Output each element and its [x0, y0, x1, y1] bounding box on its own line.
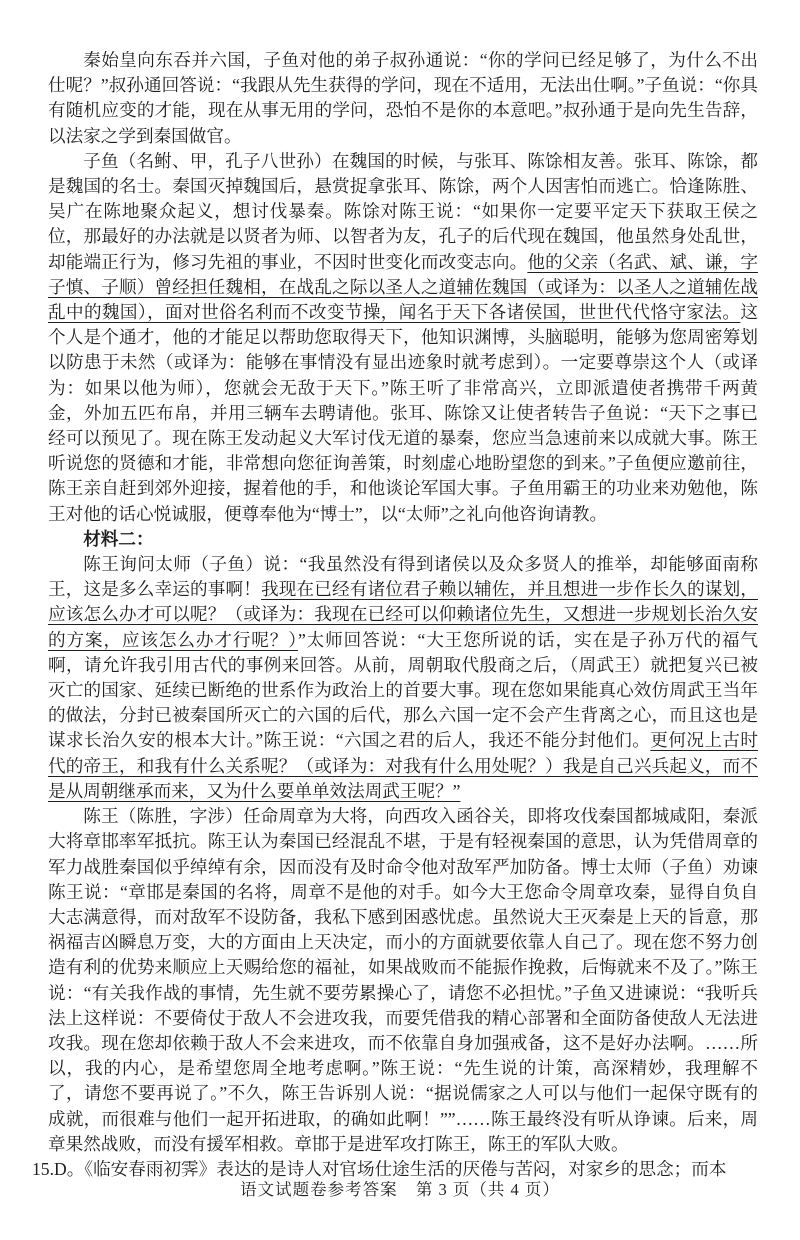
translation-paragraph-4: 陈王（陈胜，字涉）任命周章为大将，向西攻入函谷关，即将攻伐秦国都城咸阳，秦派大将… — [48, 804, 758, 1157]
answer-text-body: 秦始皇向东吞并六国，子鱼对他的弟子叔孙通说：“你的学问已经足够了，为什么不出仕呢… — [48, 48, 758, 1182]
material-2-heading: 材料二： — [48, 527, 758, 552]
footer-page-info: 第 3 页（共 4 页） — [416, 1180, 560, 1199]
text-run: 陈王（陈胜，字涉）任命周章为大将，向西攻入函谷关，即将攻伐秦国都城咸阳，秦派大将… — [48, 806, 758, 1154]
translation-paragraph-2: 子鱼（名鲋、甲，孔子八世孙）在魏国的时候，与张耳、陈馀相友善。张耳、陈馀，都是魏… — [48, 149, 758, 527]
footer-doc-title: 语文试题卷参考答案 — [240, 1180, 398, 1199]
text-run: 秦始皇向东吞并六国，子鱼对他的弟子叔孙通说：“你的学问已经足够了，为什么不出仕呢… — [48, 50, 758, 146]
translation-paragraph-1: 秦始皇向东吞并六国，子鱼对他的弟子叔孙通说：“你的学问已经足够了，为什么不出仕呢… — [48, 48, 758, 149]
page-footer: 语文试题卷参考答案第 3 页（共 4 页） — [0, 1176, 800, 1200]
text-run: 这个人是个通才，他的才能足以帮助您取得天下，他知识渊博，头脑聪明，能够为您周密筹… — [48, 302, 758, 524]
heading-text: 材料二： — [83, 529, 153, 549]
exam-answer-page: 秦始皇向东吞并六国，子鱼对他的弟子叔孙通说：“你的学问已经足够了，为什么不出仕呢… — [0, 0, 800, 1240]
translation-paragraph-3: 陈王询问太师（子鱼）说：“我虽然没有得到诸侯以及众多贤人的推举，却能够面南称王，… — [48, 552, 758, 804]
